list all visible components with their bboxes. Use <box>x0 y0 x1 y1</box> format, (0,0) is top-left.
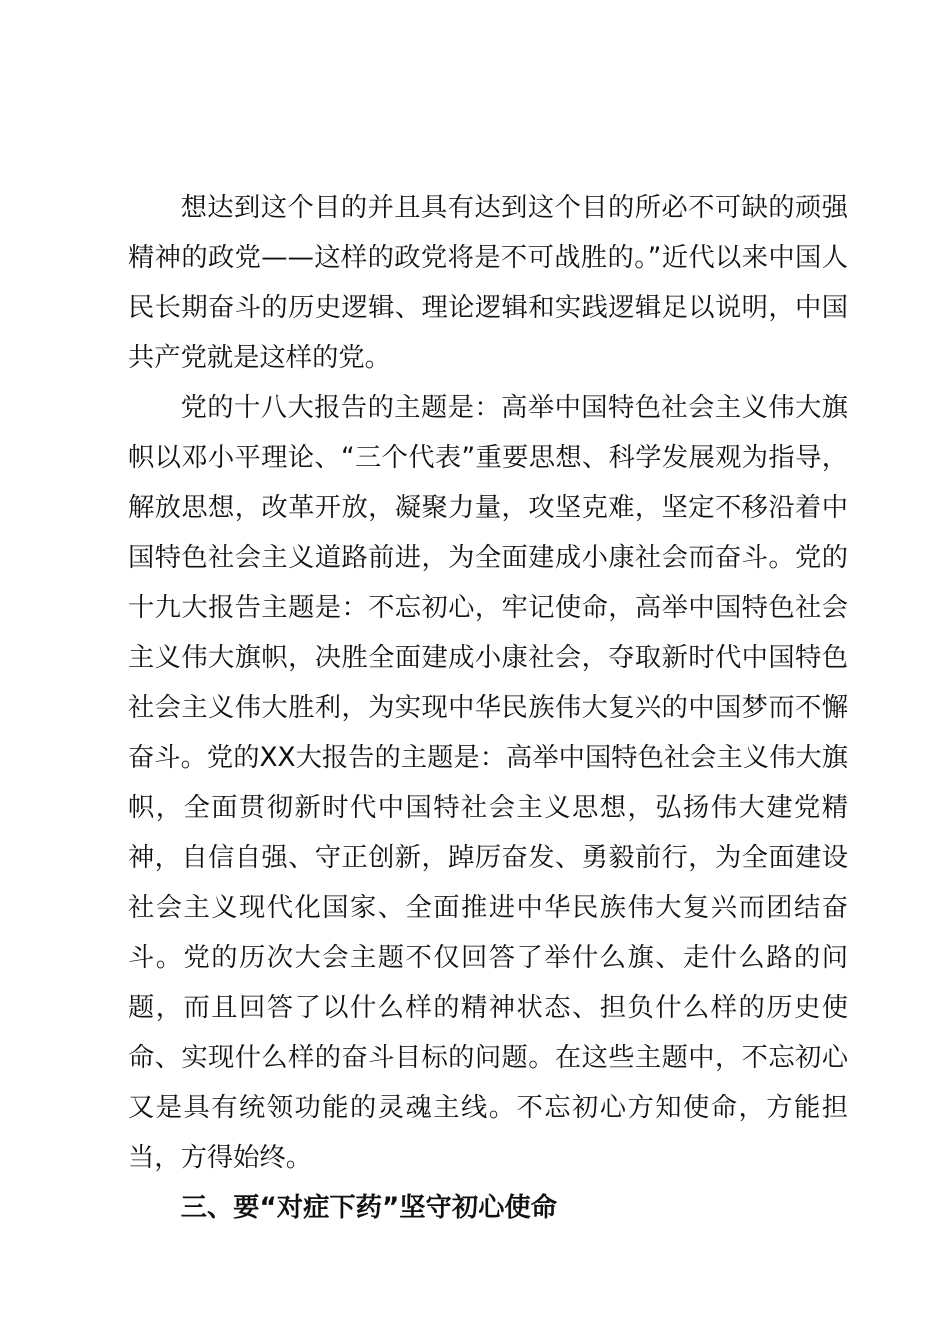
document-page: 想达到这个目的并且具有达到这个目的所必不可缺的顽强精神的政党——这样的政党将是不… <box>128 183 848 1233</box>
paragraph-party-invincible: 想达到这个目的并且具有达到这个目的所必不可缺的顽强精神的政党——这样的政党将是不… <box>128 183 848 383</box>
paragraph-congress-themes: 党的十八大报告的主题是：高举中国特色社会主义伟大旗帜以邓小平理论、“三个代表”重… <box>128 383 848 1183</box>
section-heading: 三、要“对症下药”坚守初心使命 <box>128 1183 848 1233</box>
